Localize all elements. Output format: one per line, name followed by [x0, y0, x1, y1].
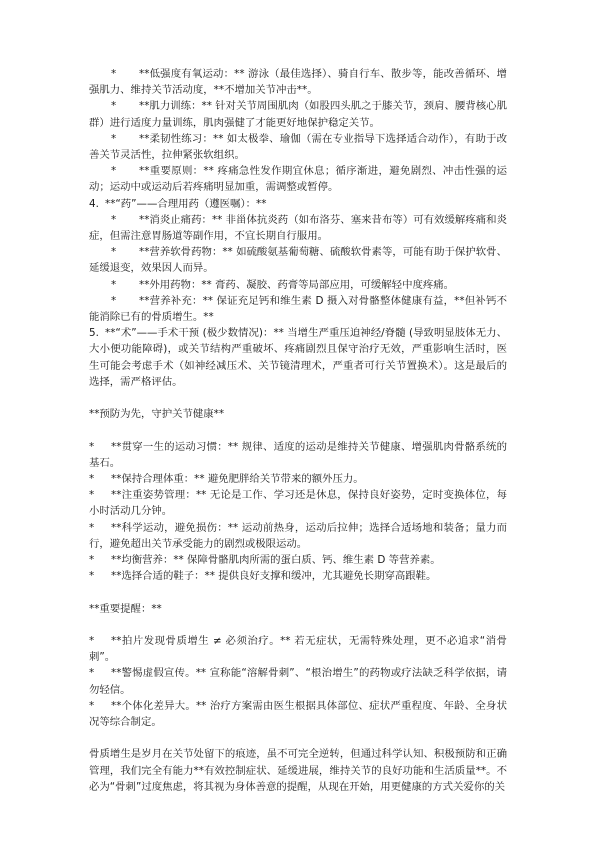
bullet-marker: * [89, 439, 111, 455]
item-text: **注重姿势管理：** 无论是工作、学习还是休息，保持良好姿势，定时变换体位，每… [89, 489, 507, 517]
blank-line [89, 584, 507, 600]
bullet-item: ***低强度有氧运动：** 游泳（最佳选择）、骑自行车、散步等，能改善循环、增强… [89, 66, 507, 98]
item-text: **“术”——手术干预 (极少数情况)：** 当增生严重压迫神经/脊髓 (导致明… [89, 327, 507, 388]
bullet-marker: * [111, 131, 139, 147]
bullet-marker: * [111, 212, 139, 228]
item-text: **柔韧性练习：** 如太极拳、瑜伽（需在专业指导下选择适合动作），有助于改善关… [89, 133, 507, 161]
item-text: **选择合适的鞋子：** 提供良好支撑和缓冲，尤其避免长期穿高跟鞋。 [111, 570, 436, 582]
blank-line [89, 390, 507, 406]
bullet-marker: * [89, 520, 111, 536]
item-text: 骨质增生是岁月在关节处留下的痕迹，虽不可完全逆转，但通过科学认知、积极预防和正确… [89, 748, 507, 792]
bullet-item: ***营养补充：** 保证充足钙和维生素 D 摄入对骨骼整体健康有益，**但补钙… [89, 293, 507, 325]
bullet-marker: * [111, 66, 139, 82]
bullet-marker: * [111, 244, 139, 260]
numbered-item: 5.**“术”——手术干预 (极少数情况)：** 当增生严重压迫神经/脊髓 (导… [89, 325, 507, 390]
bullet-marker: * [89, 552, 111, 568]
bullet-item: ***选择合适的鞋子：** 提供良好支撑和缓冲，尤其避免长期穿高跟鞋。 [89, 568, 507, 584]
bullet-item: ***保持合理体重：** 避免肥胖给关节带来的额外压力。 [89, 471, 507, 487]
bullet-item: ***重要原则：** 疼痛急性发作期宜休息；循序渐进，避免剧烈、冲击性强的运动；… [89, 163, 507, 195]
bullet-item: ***拍片发现骨质增生 ≠ 必须治疗。** 若无症状，无需特殊处理，更不必追求“… [89, 633, 507, 665]
item-text: **个体化差异大。** 治疗方案需由医生根据具体部位、症状严重程度、年龄、全身状… [89, 700, 507, 728]
bullet-item: ***贯穿一生的运动习惯：** 规律、适度的运动是维持关节健康、增强肌肉骨骼系统… [89, 439, 507, 471]
item-text: **贯穿一生的运动习惯：** 规律、适度的运动是维持关节健康、增强肌肉骨骼系统的… [89, 441, 507, 469]
item-text: **外用药物：** 膏药、凝胶、药膏等局部应用，可缓解轻中度疼痛。 [139, 279, 454, 291]
blank-line [89, 617, 507, 633]
bullet-item: ***肌力训练：** 针对关节周围肌肉（如股四头肌之于膝关节，颈肩、腰背核心肌群… [89, 98, 507, 130]
bullet-item: ***均衡营养：** 保障骨骼肌肉所需的蛋白质、钙、维生素 D 等营养素。 [89, 552, 507, 568]
bullet-item: ***消炎止痛药：** 非甾体抗炎药（如布洛芬、塞来昔布等）可有效缓解疼痛和炎症… [89, 212, 507, 244]
item-text: **保持合理体重：** 避免肥胖给关节带来的额外压力。 [111, 473, 364, 485]
bullet-marker: * [89, 698, 111, 714]
blank-line [89, 730, 507, 746]
bullet-item: ***警惕虚假宣传。** 宣称能“溶解骨刺”、“根治增生”的药物或疗法缺乏科学依… [89, 665, 507, 697]
item-text: **“药”——合理用药（遵医嘱）：** [105, 198, 266, 210]
paragraph: **预防为先，守护关节健康** [89, 406, 507, 422]
bullet-item: ***柔韧性练习：** 如太极拳、瑜伽（需在专业指导下选择适合动作），有助于改善… [89, 131, 507, 163]
bullet-marker: * [111, 163, 139, 179]
bullet-marker: * [89, 487, 111, 503]
item-text: **低强度有氧运动：** 游泳（最佳选择）、骑自行车、散步等，能改善循环、增强肌… [89, 68, 507, 96]
bullet-marker: * [89, 633, 111, 649]
document-page: ***低强度有氧运动：** 游泳（最佳选择）、骑自行车、散步等，能改善循环、增强… [89, 66, 507, 795]
item-text: **均衡营养：** 保障骨骼肌肉所需的蛋白质、钙、维生素 D 等营养素。 [111, 554, 441, 566]
item-text: **科学运动，避免损伤：** 运动前热身，运动后拉伸；选择合适场地和装备；量力而… [89, 522, 507, 550]
item-text: **营养补充：** 保证充足钙和维生素 D 摄入对骨骼整体健康有益，**但补钙不… [89, 295, 507, 323]
paragraph: **重要提醒：** [89, 601, 507, 617]
item-text: **营养软骨药物：** 如硫酸氨基葡萄糖、硫酸软骨素等，可能有助于保护软骨、延缓… [89, 246, 507, 274]
bullet-marker: * [89, 568, 111, 584]
item-text: **预防为先，守护关节健康** [89, 408, 224, 420]
numbered-item: 4.**“药”——合理用药（遵医嘱）：** [89, 196, 507, 212]
item-text: **消炎止痛药：** 非甾体抗炎药（如布洛芬、塞来昔布等）可有效缓解疼痛和炎症，… [89, 214, 507, 242]
item-text: **重要提醒：** [89, 603, 162, 615]
bullet-item: ***科学运动，避免损伤：** 运动前热身，运动后拉伸；选择合适场地和装备；量力… [89, 520, 507, 552]
item-text: **拍片发现骨质增生 ≠ 必须治疗。** 若无症状，无需特殊处理，更不必追求“消… [89, 635, 507, 663]
list-number: 5. [89, 325, 105, 341]
bullet-item: ***个体化差异大。** 治疗方案需由医生根据具体部位、症状严重程度、年龄、全身… [89, 698, 507, 730]
bullet-marker: * [89, 471, 111, 487]
bullet-item: ***注重姿势管理：** 无论是工作、学习还是休息，保持良好姿势，定时变换体位，… [89, 487, 507, 519]
list-number: 4. [89, 196, 105, 212]
blank-line [89, 422, 507, 438]
bullet-item: ***外用药物：** 膏药、凝胶、药膏等局部应用，可缓解轻中度疼痛。 [89, 277, 507, 293]
bullet-marker: * [89, 665, 111, 681]
bullet-marker: * [111, 293, 139, 309]
item-text: **警惕虚假宣传。** 宣称能“溶解骨刺”、“根治增生”的药物或疗法缺乏科学依据… [89, 667, 507, 695]
bullet-marker: * [111, 277, 139, 293]
bullet-item: ***营养软骨药物：** 如硫酸氨基葡萄糖、硫酸软骨素等，可能有助于保护软骨、延… [89, 244, 507, 276]
item-text: **肌力训练：** 针对关节周围肌肉（如股四头肌之于膝关节，颈肩、腰背核心肌群）… [89, 100, 507, 128]
paragraph: 骨质增生是岁月在关节处留下的痕迹，虽不可完全逆转，但通过科学认知、积极预防和正确… [89, 746, 507, 795]
bullet-marker: * [111, 98, 139, 114]
item-text: **重要原则：** 疼痛急性发作期宜休息；循序渐进，避免剧烈、冲击性强的运动；运… [89, 165, 507, 193]
